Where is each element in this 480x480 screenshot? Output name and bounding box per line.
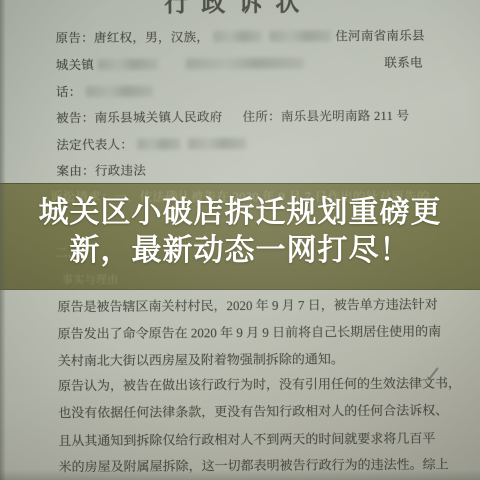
legal-representative-line: 法定代表人： (56, 133, 423, 154)
body-paragraph-line: 原告认为，被告在做出该行政行为时，没有引用任何的生效法律文书， (58, 372, 461, 394)
cause-of-action: 案由：行政违法 (56, 161, 146, 180)
faint-underlying-facts-text: 事实与理由 (62, 271, 119, 287)
body-paragraph-line: 原告发出了命令原告在 2020 年 9 月 9 日前将自己长期居住使用的南 (58, 321, 442, 343)
body-paragraph-line: 原告是被告辖区南关村村民，2020 年 9 月 7 日，被告单方违法针对 (57, 294, 437, 316)
body-paragraph-line: 关村南北大街以西房屋及附着物强制拆除的通知。 (58, 348, 344, 369)
redaction-blur (98, 58, 158, 69)
contact-label-part2: 话： (56, 82, 82, 100)
cause-of-action-line: 案由：行政违法 (56, 159, 423, 180)
plaintiff-line: 原告：唐红权，男，汉族， 住河南省南乐县 (56, 26, 423, 47)
photo-bottom-edge-shadow (0, 470, 480, 480)
plaintiff-info: 原告：唐红权，男，汉族， (56, 27, 210, 46)
contact-label-part1: 联系电 (384, 53, 423, 71)
defendant-line: 被告：南乐县城关镇人民政府 住所：南乐县光明南路 211 号 (56, 106, 423, 127)
caption-banner: 诉讼请求：一、依法确认被告在 2020 年 9 月 7 日作出的针对原告的 二、… (0, 183, 480, 290)
photo-left-edge-shadow (0, 0, 6, 480)
document-title: 行政诉状 (0, 0, 478, 20)
phone-line: 话： (56, 80, 423, 101)
body-paragraph-line: 且从其通知到拆除仅给行政相对人不到两天的时间就要求将几百平 (58, 428, 435, 450)
plaintiff-address: 住河南省南乐县 (335, 26, 425, 45)
redaction-blur (137, 138, 180, 149)
body-paragraph-line: 也没有依据任何法律条款，更没有告知行政相对人的任何合法诉权、 (58, 400, 448, 422)
redaction-blur (86, 85, 153, 96)
spacer (308, 62, 384, 63)
caption-text-line-1: 城关区小破店拆迁规划重磅更 (0, 194, 480, 232)
document-photo: 行政诉状 原告：唐红权，男，汉族， 住河南省南乐县 城关镇 联系电 话： 被告：… (0, 0, 480, 480)
redaction-blur (188, 137, 246, 148)
caption-text: 城关区小破店拆迁规划重磅更 新，最新动态一网打尽！ (0, 194, 480, 270)
address-town: 城关镇 (56, 55, 95, 73)
redaction-blur (186, 57, 304, 69)
defendant-name: 被告：南乐县城关镇人民政府 (56, 107, 223, 126)
redaction-blur (213, 30, 261, 41)
address-line: 城关镇 联系电 (56, 53, 423, 74)
redaction-blur (269, 30, 331, 41)
defendant-address: 住所：南乐县光明南路 211 号 (242, 106, 409, 125)
legal-representative-label: 法定代表人： (56, 135, 133, 154)
caption-text-line-2: 新，最新动态一网打尽！ (0, 232, 480, 270)
